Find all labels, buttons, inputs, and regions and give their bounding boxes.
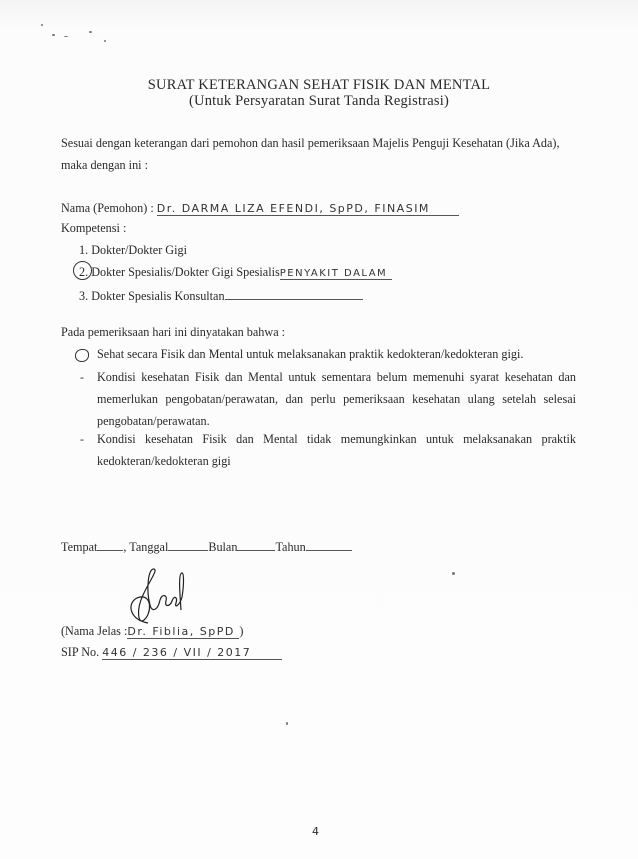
page-number: 4 <box>312 825 319 838</box>
applicant-row: Nama (Pemohon) : Dr. DARMA LIZA EFENDI, … <box>61 201 459 216</box>
signature-icon <box>118 565 193 625</box>
sip-number-field[interactable]: 446 / 236 / VII / 2017 <box>102 646 282 660</box>
finding-item-2-line-3[interactable]: pengobatan/perawatan. <box>97 414 210 429</box>
place-field[interactable] <box>97 540 123 551</box>
finding-item-3-line-1[interactable]: Kondisi kesehatan Fisik dan Mental tidak… <box>97 432 576 447</box>
place-date-row: Tempat, TanggalBulanTahun <box>61 540 352 555</box>
signer-name-field[interactable]: Dr. Fiblia, SpPD <box>127 625 239 639</box>
selected-mark-icon <box>75 349 89 362</box>
scan-speck <box>52 34 55 36</box>
sip-row: SIP No. 446 / 236 / VII / 2017 <box>61 645 282 660</box>
scanned-page: SURAT KETERANGAN SEHAT FISIK DAN MENTAL … <box>0 0 638 859</box>
document-title: SURAT KETERANGAN SEHAT FISIK DAN MENTAL <box>0 77 638 94</box>
scan-speck <box>286 722 288 725</box>
applicant-label: Nama (Pemohon) : <box>61 201 154 215</box>
intro-line-1: Sesuai dengan keterangan dari pemohon da… <box>61 136 560 151</box>
findings-label: Pada pemeriksaan hari ini dinyatakan bah… <box>61 325 285 340</box>
finding-item-2-line-1[interactable]: Kondisi kesehatan Fisik dan Mental untuk… <box>97 370 576 385</box>
applicant-name-field[interactable]: Dr. DARMA LIZA EFENDI, SpPD, FINASIM <box>157 202 459 216</box>
date-field[interactable] <box>168 540 208 551</box>
month-field[interactable] <box>237 540 275 551</box>
consultant-field[interactable] <box>225 287 363 300</box>
intro-line-2: maka dengan ini : <box>61 158 148 173</box>
competence-item-2[interactable]: 2. Dokter Spesialis/Dokter Gigi Spesiali… <box>79 265 392 280</box>
scan-speck <box>104 40 106 42</box>
scan-speck <box>89 31 92 33</box>
bullet-dash-icon: - <box>80 432 84 447</box>
competence-item-3[interactable]: 3. Dokter Spesialis Konsultan <box>79 287 363 304</box>
finding-item-1[interactable]: Sehat secara Fisik dan Mental untuk mela… <box>97 347 523 362</box>
finding-item-2-line-2[interactable]: memerlukan pengobatan/perawatan, dan per… <box>97 392 576 407</box>
competence-item-1[interactable]: 1. Dokter/Dokter Gigi <box>79 243 187 258</box>
specialist-field[interactable]: PENYAKIT DALAM <box>280 268 392 280</box>
year-field[interactable] <box>306 540 352 551</box>
signer-name-row: (Nama Jelas :Dr. Fiblia, SpPD) <box>61 624 243 639</box>
bullet-dash-icon: - <box>80 370 84 385</box>
finding-item-3-line-2[interactable]: kedokteran/kedokteran gigi <box>97 454 231 469</box>
scan-speck <box>452 572 455 575</box>
scan-speck <box>41 24 43 26</box>
scan-speck <box>64 36 68 37</box>
document-subtitle: (Untuk Persyaratan Surat Tanda Registras… <box>0 93 638 110</box>
competence-label: Kompetensi : <box>61 221 126 236</box>
